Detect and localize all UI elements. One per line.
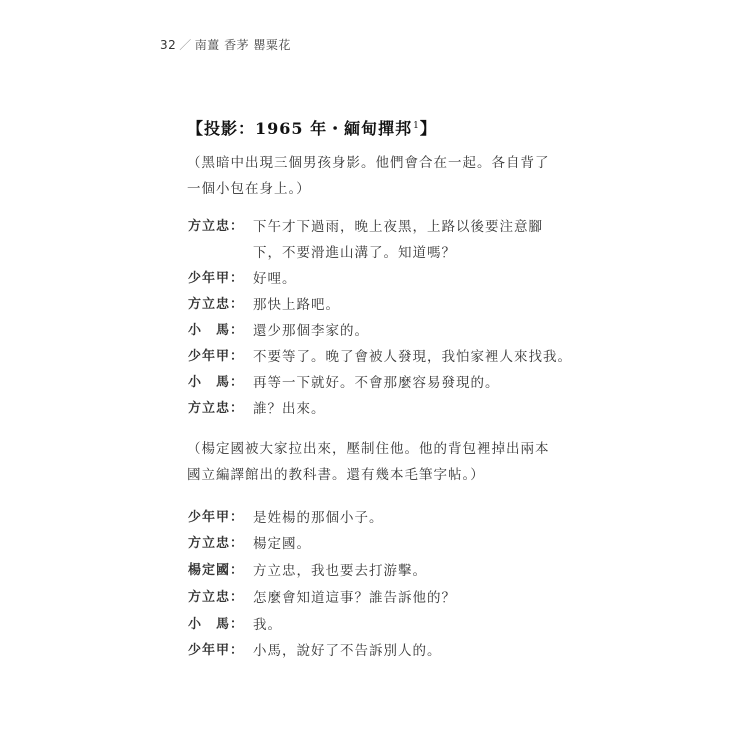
speaker-name: 少年甲：	[188, 505, 253, 531]
scene-heading-text: 【投影：1965 年・緬甸撣邦	[187, 119, 412, 138]
dialogue-line: 方立忠： 那快上路吧。	[188, 292, 553, 318]
speaker-name: 小 馬：	[188, 612, 253, 638]
speaker-name: 方立忠：	[188, 292, 253, 318]
speech-text: 小馬，說好了不告訴別人的。	[253, 638, 553, 664]
dialogue-line: 楊定國： 方立忠，我也要去打游擊。	[188, 558, 553, 584]
stage-direction-2: （楊定國被大家拉出來，壓制住他。他的背包裡掉出兩本國立編譯館出的教科書。還有幾本…	[187, 436, 557, 488]
speaker-name: 少年甲：	[188, 266, 253, 292]
book-title: 南薑 香茅 罌粟花	[195, 38, 291, 52]
scene-heading: 【投影：1965 年・緬甸撣邦1】	[187, 116, 437, 139]
running-head: 32／南薑 香茅 罌粟花	[160, 36, 291, 53]
dialogue-line: 方立忠： 誰？出來。	[188, 396, 553, 422]
speech-text: 那快上路吧。	[253, 292, 553, 318]
speech-text: 我。	[253, 612, 553, 638]
speaker-name: 少年甲：	[188, 638, 253, 664]
page-number: 32	[160, 38, 176, 52]
dialogue-line: 小 馬： 還少那個李家的。	[188, 318, 553, 344]
speech-text: 楊定國。	[253, 531, 553, 557]
dialogue-line: 方立忠： 怎麼會知道這事？誰告訴他的？	[188, 585, 553, 611]
speech-text: 不要等了。晚了會被人發現，我怕家裡人來找我。	[253, 344, 573, 370]
speech-text: 怎麼會知道這事？誰告訴他的？	[253, 585, 553, 611]
dialogue-line: 方立忠： 楊定國。	[188, 531, 553, 557]
dialogue-line: 少年甲： 小馬，說好了不告訴別人的。	[188, 638, 553, 664]
speech-text: 方立忠，我也要去打游擊。	[253, 558, 553, 584]
dialogue-line: 少年甲： 不要等了。晚了會被人發現，我怕家裡人來找我。	[188, 344, 573, 370]
footnote-marker: 1	[413, 121, 420, 131]
separator: ／	[179, 38, 192, 52]
scene-heading-close: 】	[420, 119, 437, 138]
stage-direction-1: （黑暗中出現三個男孩身影。他們會合在一起。各自背了一個小包在身上。）	[187, 150, 557, 202]
dialogue-line: 小 馬： 我。	[188, 612, 553, 638]
speaker-name: 小 馬：	[188, 318, 253, 344]
speaker-name: 少年甲：	[188, 344, 253, 370]
speech-text: 還少那個李家的。	[253, 318, 553, 344]
speaker-name: 方立忠：	[188, 396, 253, 422]
speaker-name: 小 馬：	[188, 370, 253, 396]
dialogue-line: 少年甲： 好哩。	[188, 266, 553, 292]
dialogue-line: 小 馬： 再等一下就好。不會那麼容易發現的。	[188, 370, 553, 396]
speech-text: 再等一下就好。不會那麼容易發現的。	[253, 370, 553, 396]
speech-text: 下午才下過雨，晚上夜黑，上路以後要注意腳下，不要滑進山溝了。知道嗎？	[253, 214, 553, 266]
dialogue-line: 少年甲： 是姓楊的那個小子。	[188, 505, 553, 531]
speaker-name: 楊定國：	[188, 558, 253, 584]
speech-text: 是姓楊的那個小子。	[253, 505, 553, 531]
speaker-name: 方立忠：	[188, 585, 253, 611]
dialogue-line: 方立忠： 下午才下過雨，晚上夜黑，上路以後要注意腳下，不要滑進山溝了。知道嗎？	[188, 214, 553, 266]
speech-text: 好哩。	[253, 266, 553, 292]
speaker-name: 方立忠：	[188, 214, 253, 266]
speaker-name: 方立忠：	[188, 531, 253, 557]
speech-text: 誰？出來。	[253, 396, 553, 422]
